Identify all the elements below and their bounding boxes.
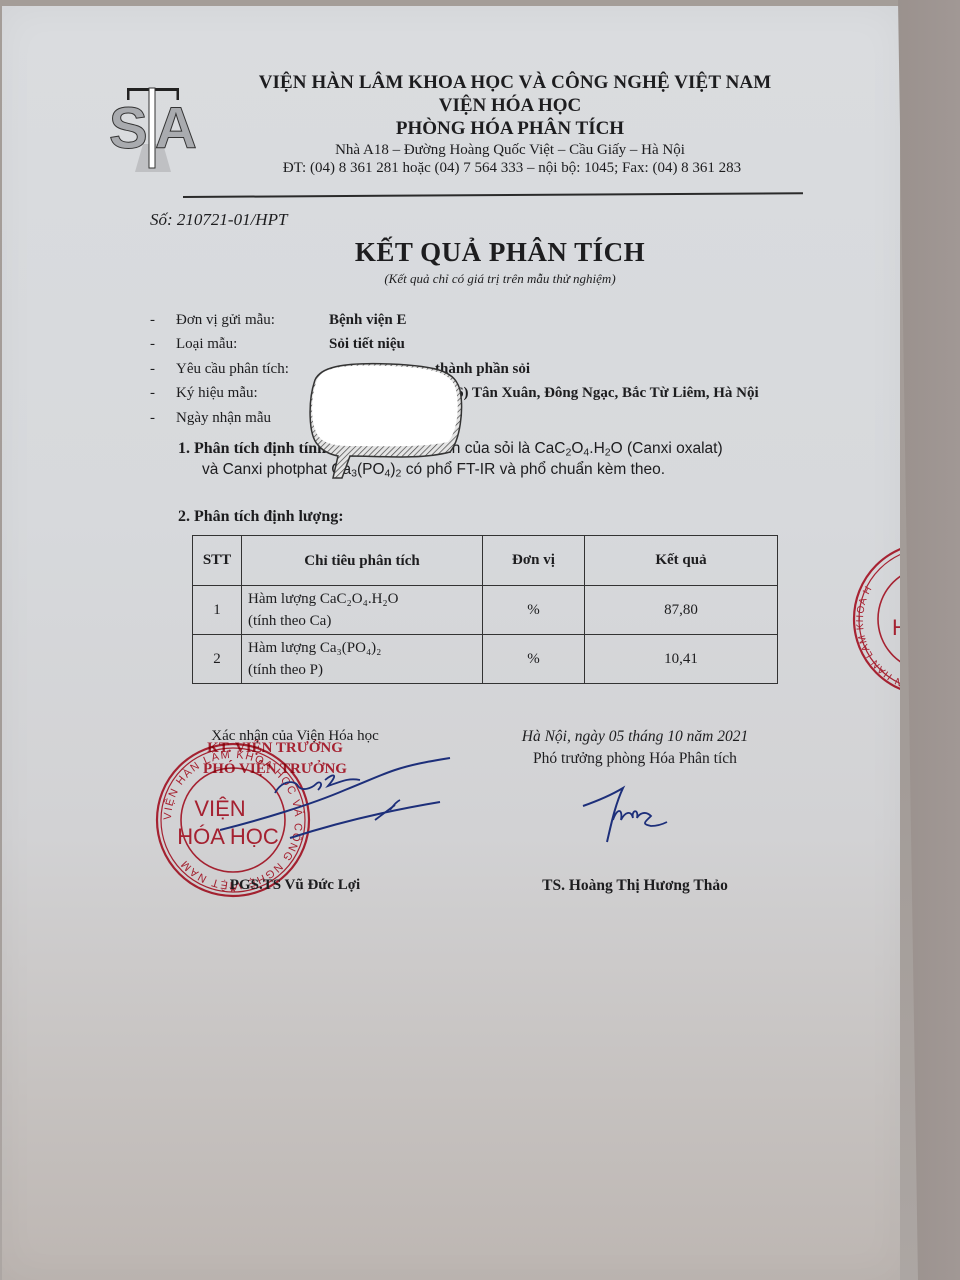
sta-logo-icon: S A bbox=[105, 84, 200, 179]
section-text-line-2: và Canxi photphat Ca3(PO4)2 có phổ FT-IR… bbox=[202, 461, 838, 480]
info-label: Loại mẫu: bbox=[176, 336, 329, 358]
info-value: 6) Tân Xuân, Đông Ngạc, Bắc Từ Liêm, Hà … bbox=[456, 385, 759, 407]
signature-left-icon bbox=[220, 750, 460, 860]
cell-indicator: Hàm lượng Ca₃(PO₄)₂(tính theo P) bbox=[242, 635, 483, 684]
info-row-sender: - Đơn vị gửi mẫu: Bệnh viện E bbox=[150, 312, 407, 334]
cell-unit: % bbox=[483, 586, 585, 635]
org-name-department: PHÒNG HÓA PHÂN TÍCH bbox=[210, 118, 810, 140]
table-row: 2 Hàm lượng Ca₃(PO₄)₂(tính theo P) % 10,… bbox=[193, 635, 778, 684]
place-and-date: Hà Nội, ngày 05 tháng 10 năm 2021 bbox=[470, 728, 800, 746]
column-header-indicator: Chỉ tiêu phân tích bbox=[242, 536, 483, 586]
svg-text:S: S bbox=[109, 96, 148, 161]
svg-text:A: A bbox=[155, 96, 197, 161]
cell-result: 10,41 bbox=[585, 635, 778, 684]
table-row: 1 Hàm lượng CaC₂O₄.H₂O(tính theo Ca) % 8… bbox=[193, 586, 778, 635]
signature-right-icon bbox=[575, 780, 675, 850]
bullet-dash: - bbox=[150, 336, 176, 358]
edge-seal-icon: VIỆN HÀN LÂM KHOA H HÓ bbox=[852, 535, 900, 695]
cell-unit: % bbox=[483, 635, 585, 684]
section-heading: 2. Phân tích định lượng: bbox=[178, 508, 344, 525]
document-title: KẾT QUẢ PHÂN TÍCH bbox=[300, 237, 700, 268]
org-name-institute: VIỆN HÓA HỌC bbox=[210, 95, 810, 117]
section-quantitative: 2. Phân tích định lượng: bbox=[178, 508, 344, 526]
bullet-dash: - bbox=[150, 410, 176, 432]
right-signatory-name: TS. Hoàng Thị Hương Thảo bbox=[470, 877, 800, 895]
bullet-dash: - bbox=[150, 385, 176, 407]
formula-calcium-oxalate: CaC2O4.H2O bbox=[534, 440, 622, 457]
bullet-dash: - bbox=[150, 312, 176, 334]
right-signatory-role: Phó trưởng phòng Hóa Phân tích bbox=[470, 750, 800, 768]
document-number: Số: 210721-01/HPT bbox=[150, 210, 287, 230]
info-value: Sỏi tiết niệu bbox=[329, 336, 405, 358]
cell-stt: 1 bbox=[193, 586, 242, 635]
table-header-row: STT Chỉ tiêu phân tích Đơn vị Kết quả bbox=[193, 536, 778, 586]
section-text: (Canxi oxalat) bbox=[623, 440, 723, 457]
column-header-result: Kết quả bbox=[585, 536, 778, 586]
svg-text:HÓ: HÓ bbox=[892, 615, 900, 640]
cell-stt: 2 bbox=[193, 635, 242, 684]
bullet-dash: - bbox=[150, 361, 176, 383]
cell-indicator: Hàm lượng CaC₂O₄.H₂O(tính theo Ca) bbox=[242, 586, 483, 635]
org-contact: ĐT: (04) 8 361 281 hoặc (04) 7 564 333 –… bbox=[232, 160, 792, 177]
left-signatory-name: PGS.TS Vũ Đức Lợi bbox=[150, 877, 440, 894]
org-address: Nhà A18 – Đường Hoàng Quốc Việt – Cầu Gi… bbox=[210, 142, 810, 159]
info-row-sample-type: - Loại mẫu: Sỏi tiết niệu bbox=[150, 336, 405, 358]
org-name-academy: VIỆN HÀN LÂM KHOA HỌC VÀ CÔNG NGHỆ VIỆT … bbox=[210, 72, 820, 94]
results-table: STT Chỉ tiêu phân tích Đơn vị Kết quả 1 … bbox=[192, 535, 778, 684]
document-subtitle: (Kết quả chỉ có giá trị trên mẫu thử ngh… bbox=[300, 271, 700, 287]
section-qualitative: 1. Phân tích định tính: Thành phần chính… bbox=[178, 440, 838, 479]
info-value: Bệnh viện E bbox=[329, 312, 407, 334]
column-header-unit: Đơn vị bbox=[483, 536, 585, 586]
cell-result: 87,80 bbox=[585, 586, 778, 635]
info-label: Đơn vị gửi mẫu: bbox=[176, 312, 329, 334]
redaction-mark bbox=[300, 360, 470, 480]
column-header-stt: STT bbox=[193, 536, 242, 586]
